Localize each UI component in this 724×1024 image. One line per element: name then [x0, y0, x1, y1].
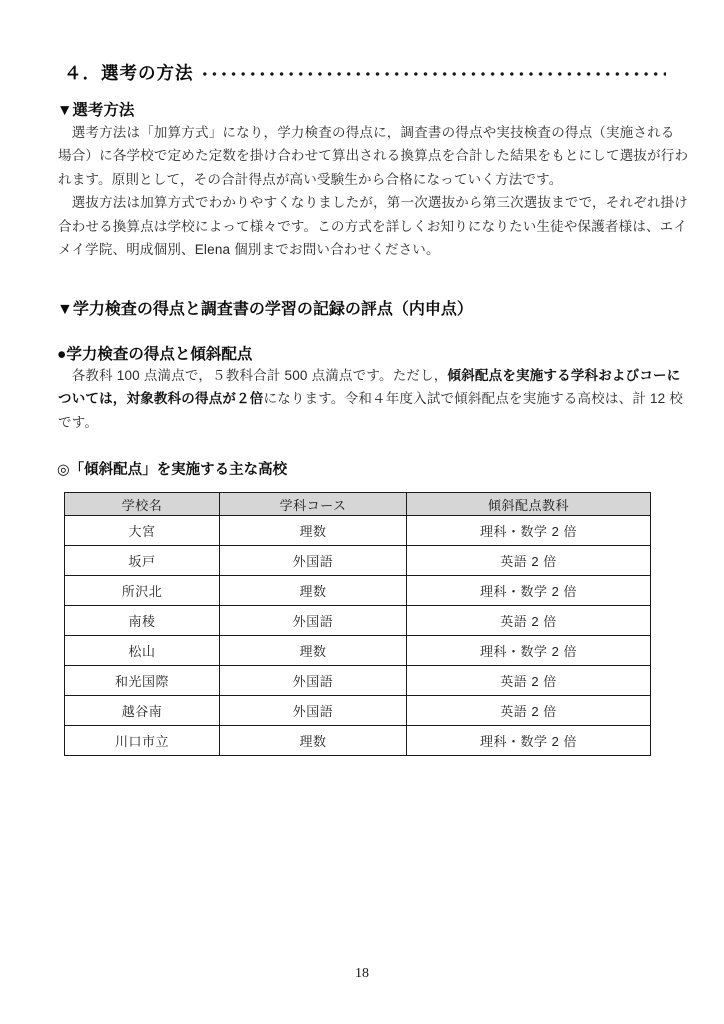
cell-course: 外国語: [220, 696, 407, 726]
cell-course: 理数: [220, 726, 407, 756]
page-title: ４．選考の方法: [64, 60, 666, 85]
bold-text-segment: 傾斜配点を実施する学科およびコーに: [448, 368, 681, 383]
cell-school-name: 所沢北: [65, 576, 220, 606]
cell-weighted-subjects: 理科・数学 2 倍: [407, 636, 651, 666]
table-row: 川口市立 理数 理科・数学 2 倍: [65, 726, 651, 756]
cell-school-name: 松山: [65, 636, 220, 666]
heading-weighted-scoring: ●学力検査の得点と傾斜配点: [57, 342, 252, 364]
cell-course: 外国語: [220, 606, 407, 636]
selection-method-paragraphs: 選考方法は「加算方式」になり，学力検査の得点に，調査書の得点や実技検査の得点（実…: [58, 121, 668, 261]
cell-course: 理数: [220, 576, 407, 606]
bold-text-segment: ついては，対象教科の得点が２倍: [58, 391, 264, 406]
cell-school-name: 坂戸: [65, 546, 220, 576]
cell-school-name: 越谷南: [65, 696, 220, 726]
cell-weighted-subjects: 英語 2 倍: [407, 546, 651, 576]
table-row: 越谷南 外国語 英語 2 倍: [65, 696, 651, 726]
paragraph-line: ついては，対象教科の得点が２倍になります。令和４年度入試で傾斜配点を実施する高校…: [58, 387, 668, 410]
text-segment: になります。令和４年度入試で傾斜配点を実施する高校は、計 12 校: [264, 391, 684, 406]
cell-weighted-subjects: 理科・数学 2 倍: [407, 726, 651, 756]
page-number: 18: [0, 966, 724, 982]
cell-course: 外国語: [220, 546, 407, 576]
weighted-scoring-paragraph: 各教科 100 点満点で，５教科合計 500 点満点です。ただし，傾斜配点を実施…: [58, 364, 668, 434]
column-header-course: 学科コース: [220, 493, 407, 516]
heading-selection-method: ▼選考方法: [57, 98, 134, 120]
paragraph-line: 選抜方法は加算方式でわかりやすくなりましたが，第一次選抜から第三次選抜までで，そ…: [58, 191, 668, 214]
cell-school-name: 南稜: [65, 606, 220, 636]
cell-weighted-subjects: 英語 2 倍: [407, 666, 651, 696]
page-title-text: ４．選考の方法: [64, 60, 194, 85]
cell-course: 理数: [220, 516, 407, 546]
heading-exam-and-report-scores: ▼学力検査の得点と調査書の学習の記録の評点（内申点）: [57, 296, 473, 319]
paragraph-line: です。: [58, 411, 668, 434]
cell-school-name: 川口市立: [65, 726, 220, 756]
paragraph-line: 合わせる換算点は学校によって様々です。この方式を詳しくお知りになりたい生徒や保護…: [58, 215, 668, 238]
cell-weighted-subjects: 理科・数学 2 倍: [407, 576, 651, 606]
cell-course: 外国語: [220, 666, 407, 696]
table-row: 坂戸 外国語 英語 2 倍: [65, 546, 651, 576]
paragraph-line: れます。原則として，その合計得点が高い受験生から合格になっていく方法です。: [58, 168, 668, 191]
cell-school-name: 大宮: [65, 516, 220, 546]
cell-school-name: 和光国際: [65, 666, 220, 696]
weighted-scoring-schools-table: 学校名 学科コース 傾斜配点教科 大宮 理数 理科・数学 2 倍 坂戸 外国語 …: [64, 492, 651, 756]
cell-weighted-subjects: 英語 2 倍: [407, 606, 651, 636]
table-row: 和光国際 外国語 英語 2 倍: [65, 666, 651, 696]
column-header-school-name: 学校名: [65, 493, 220, 516]
paragraph-line: 各教科 100 点満点で，５教科合計 500 点満点です。ただし，傾斜配点を実施…: [58, 364, 668, 387]
heading-schools-with-weighted-scoring: ◎「傾斜配点」を実施する主な高校: [57, 458, 287, 479]
cell-weighted-subjects: 理科・数学 2 倍: [407, 516, 651, 546]
document-page: ４．選考の方法 ▼選考方法 選考方法は「加算方式」になり，学力検査の得点に，調査…: [0, 0, 724, 1024]
paragraph-line: メイ学院、明成個別、Elena 個別までお問い合わせください。: [58, 238, 668, 261]
table-row: 大宮 理数 理科・数学 2 倍: [65, 516, 651, 546]
paragraph-line: 場合）に各学校で定めた定数を掛け合わせて算出される換算点を合計した結果をもとにし…: [58, 144, 668, 167]
text-segment: 各教科 100 点満点で，５教科合計 500 点満点です。ただし，: [58, 368, 448, 383]
column-header-weighted-subjects: 傾斜配点教科: [407, 493, 651, 516]
dotted-leader: [200, 71, 667, 77]
table-row: 南稜 外国語 英語 2 倍: [65, 606, 651, 636]
table-row: 松山 理数 理科・数学 2 倍: [65, 636, 651, 666]
cell-course: 理数: [220, 636, 407, 666]
paragraph-line: 選考方法は「加算方式」になり，学力検査の得点に，調査書の得点や実技検査の得点（実…: [58, 121, 668, 144]
cell-weighted-subjects: 英語 2 倍: [407, 696, 651, 726]
table-header-row: 学校名 学科コース 傾斜配点教科: [65, 493, 651, 516]
table-row: 所沢北 理数 理科・数学 2 倍: [65, 576, 651, 606]
